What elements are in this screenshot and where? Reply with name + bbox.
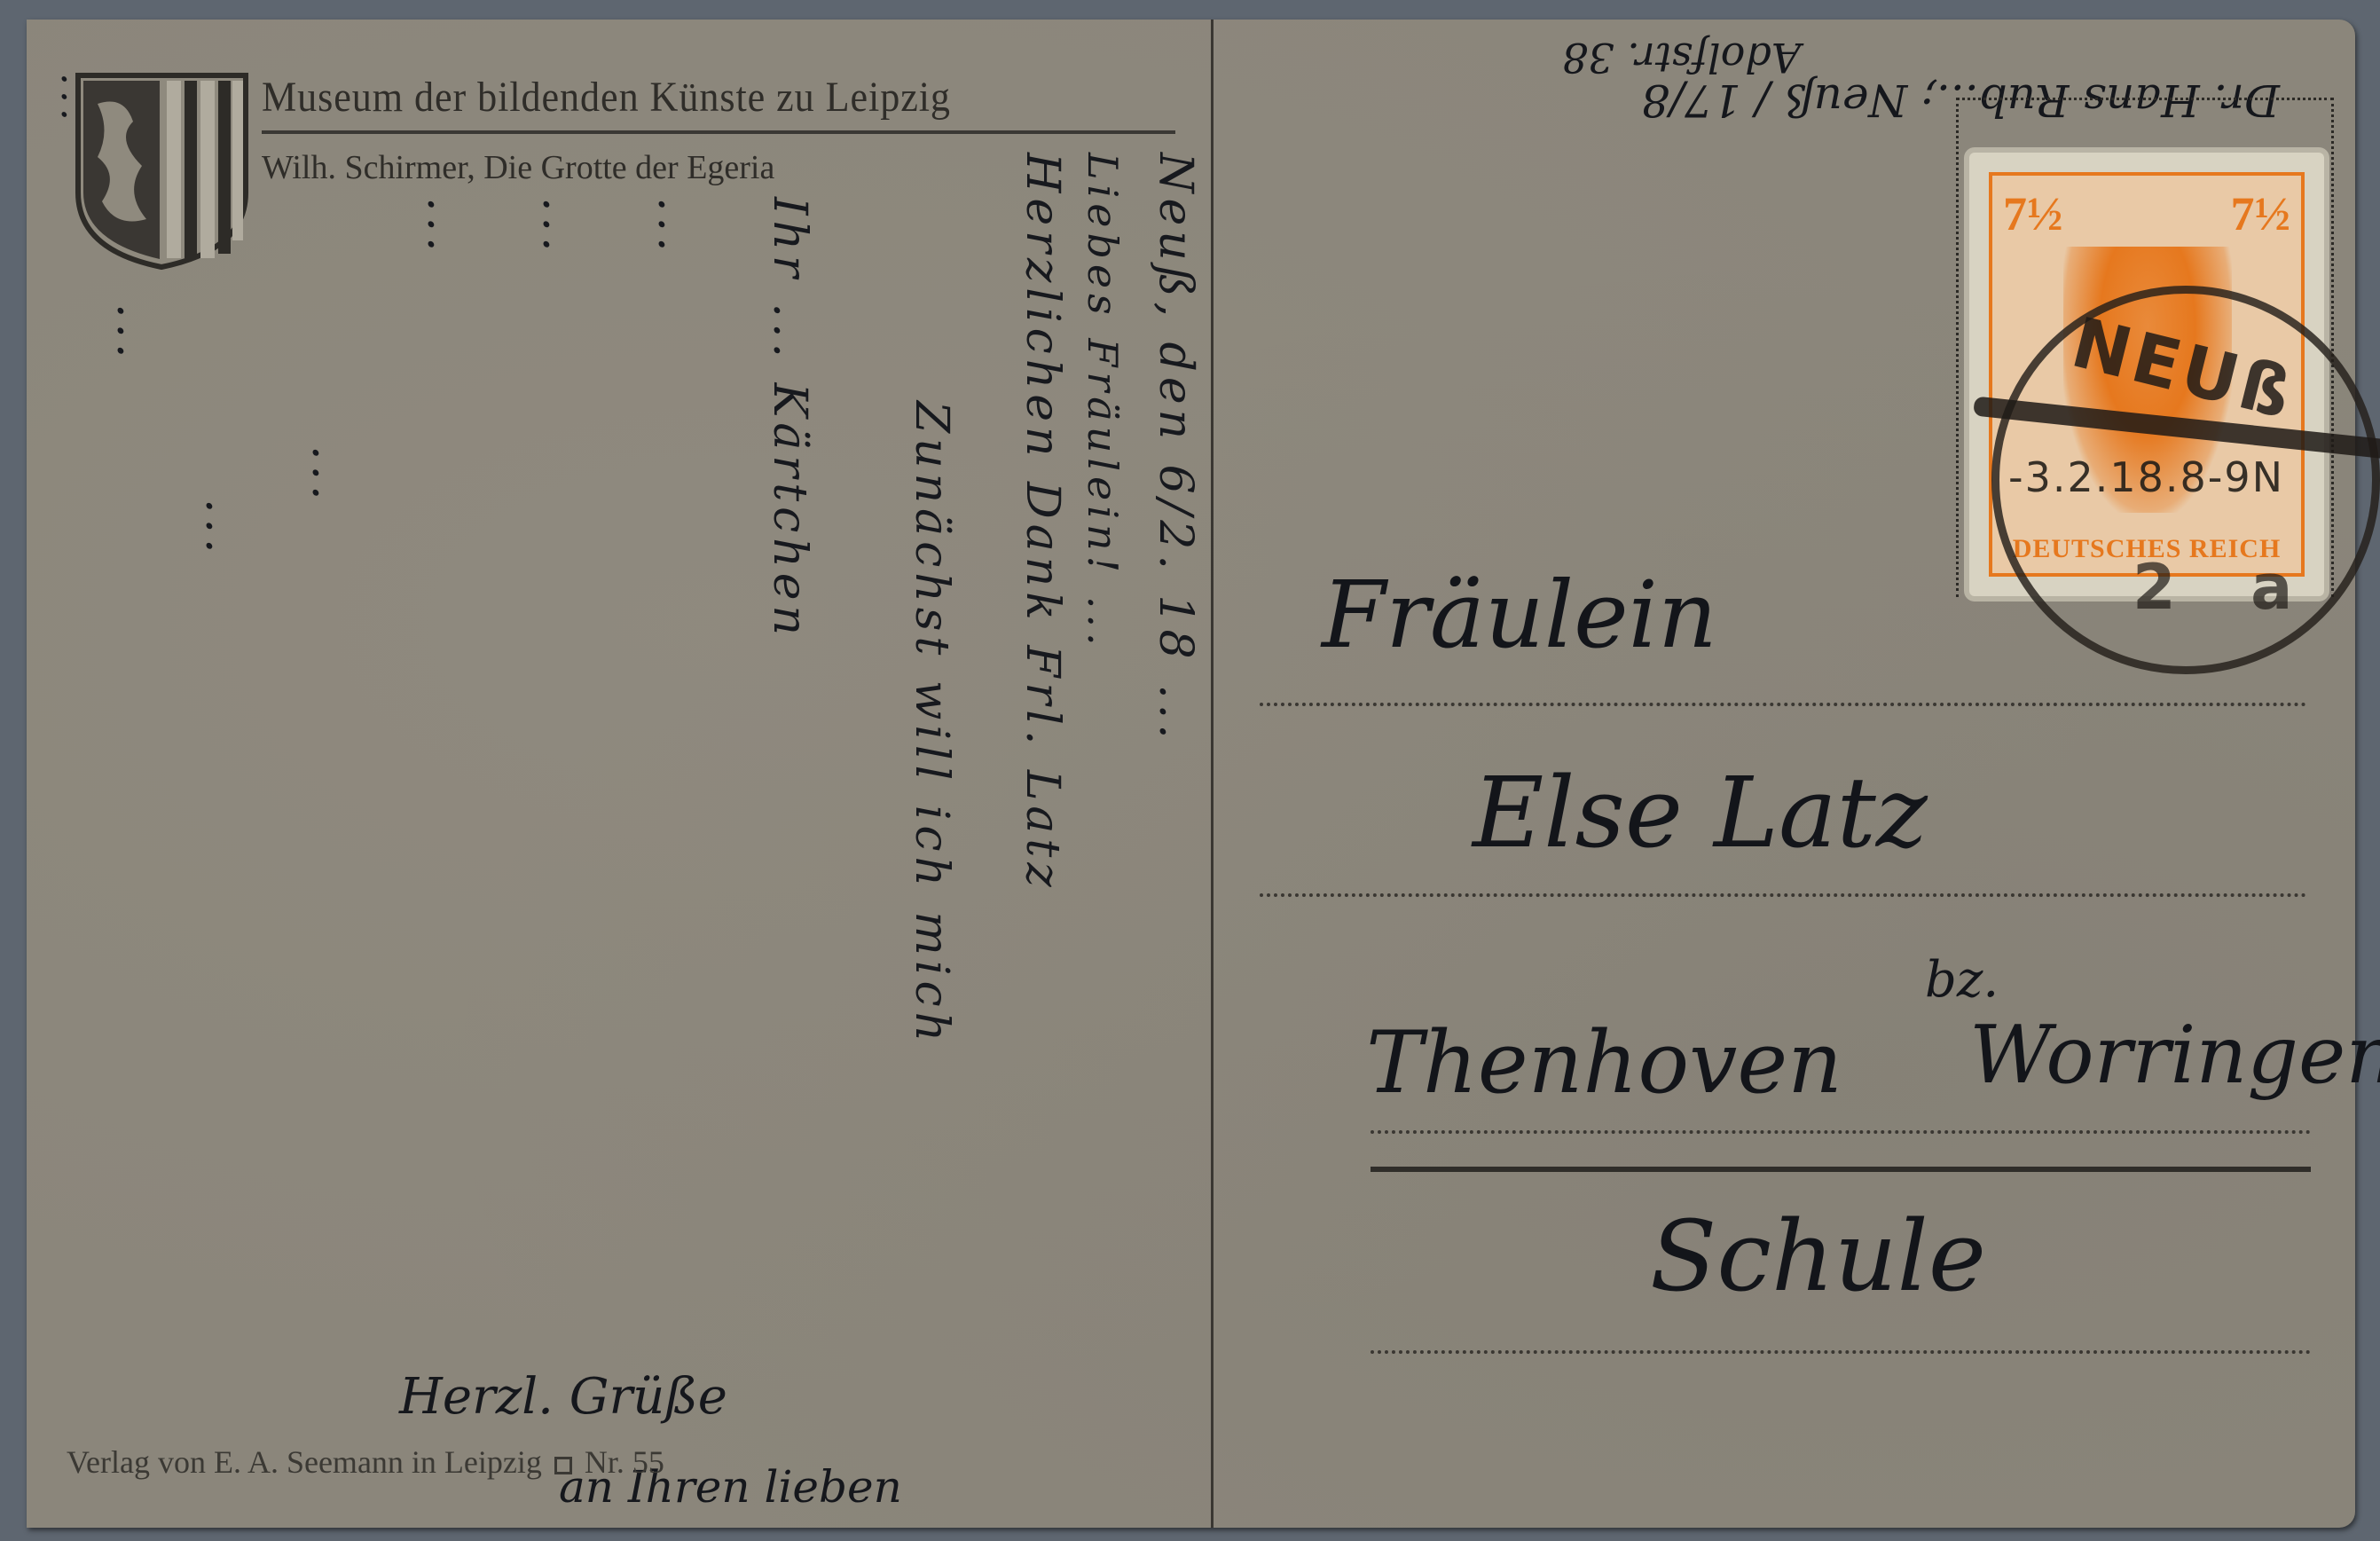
message-column: ... — [302, 445, 355, 506]
museum-title: Museum der bildenden Künste zu Leipzig — [262, 73, 951, 122]
address-line-4 — [1371, 1350, 2311, 1354]
message-closing: Herzl. Grüße — [399, 1368, 727, 1426]
message-column: ... — [532, 197, 585, 257]
stamp-value-right: 7½ — [2231, 186, 2291, 241]
address-line-3 — [1371, 1130, 2311, 1134]
address-district-note: bz. — [1925, 951, 1999, 1009]
address-line-1 — [1260, 703, 2306, 706]
leipzig-coat-of-arms-icon — [71, 68, 253, 272]
postmark: NEUß -3.2.18.8-9N 2 a — [1991, 286, 2380, 674]
address-solid-rule — [1371, 1167, 2311, 1172]
address-line-2 — [1260, 893, 2306, 897]
postmark-code: 2 a — [2133, 551, 2319, 624]
square-bullet-icon — [554, 1457, 572, 1474]
postmark-date: -3.2.18.8-9N — [2008, 453, 2284, 501]
message-column: ... — [52, 73, 98, 126]
publisher-footer: Verlag von E. A. Seemann in LeipzigNr. 5… — [67, 1443, 664, 1481]
address-salutation: Fräulein — [1322, 561, 1717, 669]
message-column: Herzlichen Dank Frl. Latz — [1016, 153, 1069, 892]
stamp-value-left: 7½ — [2003, 186, 2063, 241]
upside-down-note-line2: Adolfstr. 38 — [1562, 34, 1801, 82]
artwork-caption: Wilh. Schirmer, Die Grotte der Egeria — [262, 148, 774, 187]
address-destination: Schule — [1650, 1199, 1986, 1313]
title-rule — [262, 130, 1175, 134]
address-name: Else Latz — [1473, 756, 1928, 869]
message-column: Ihr ... Kärtchen — [763, 197, 816, 641]
message-column: Neuß, den 6/2. 18 ... — [1149, 153, 1202, 744]
address-town: Thenhoven — [1366, 1013, 1842, 1113]
message-column: Zunächst will ich mich — [905, 401, 958, 1047]
message-column: ... — [195, 499, 248, 559]
center-divider — [1211, 20, 1214, 1528]
address-district: Worringen — [1969, 1009, 2380, 1102]
message-column: ... — [106, 303, 160, 364]
message-column: ... — [417, 197, 470, 257]
postcard: Museum der bildenden Künste zu Leipzig W… — [27, 20, 2355, 1528]
card-number: Nr. 55 — [585, 1444, 664, 1480]
message-column: ... — [648, 197, 701, 257]
message-column: Liebes Fräulein! ... — [1079, 153, 1127, 651]
publisher-name: Verlag von E. A. Seemann in Leipzig — [67, 1444, 542, 1480]
